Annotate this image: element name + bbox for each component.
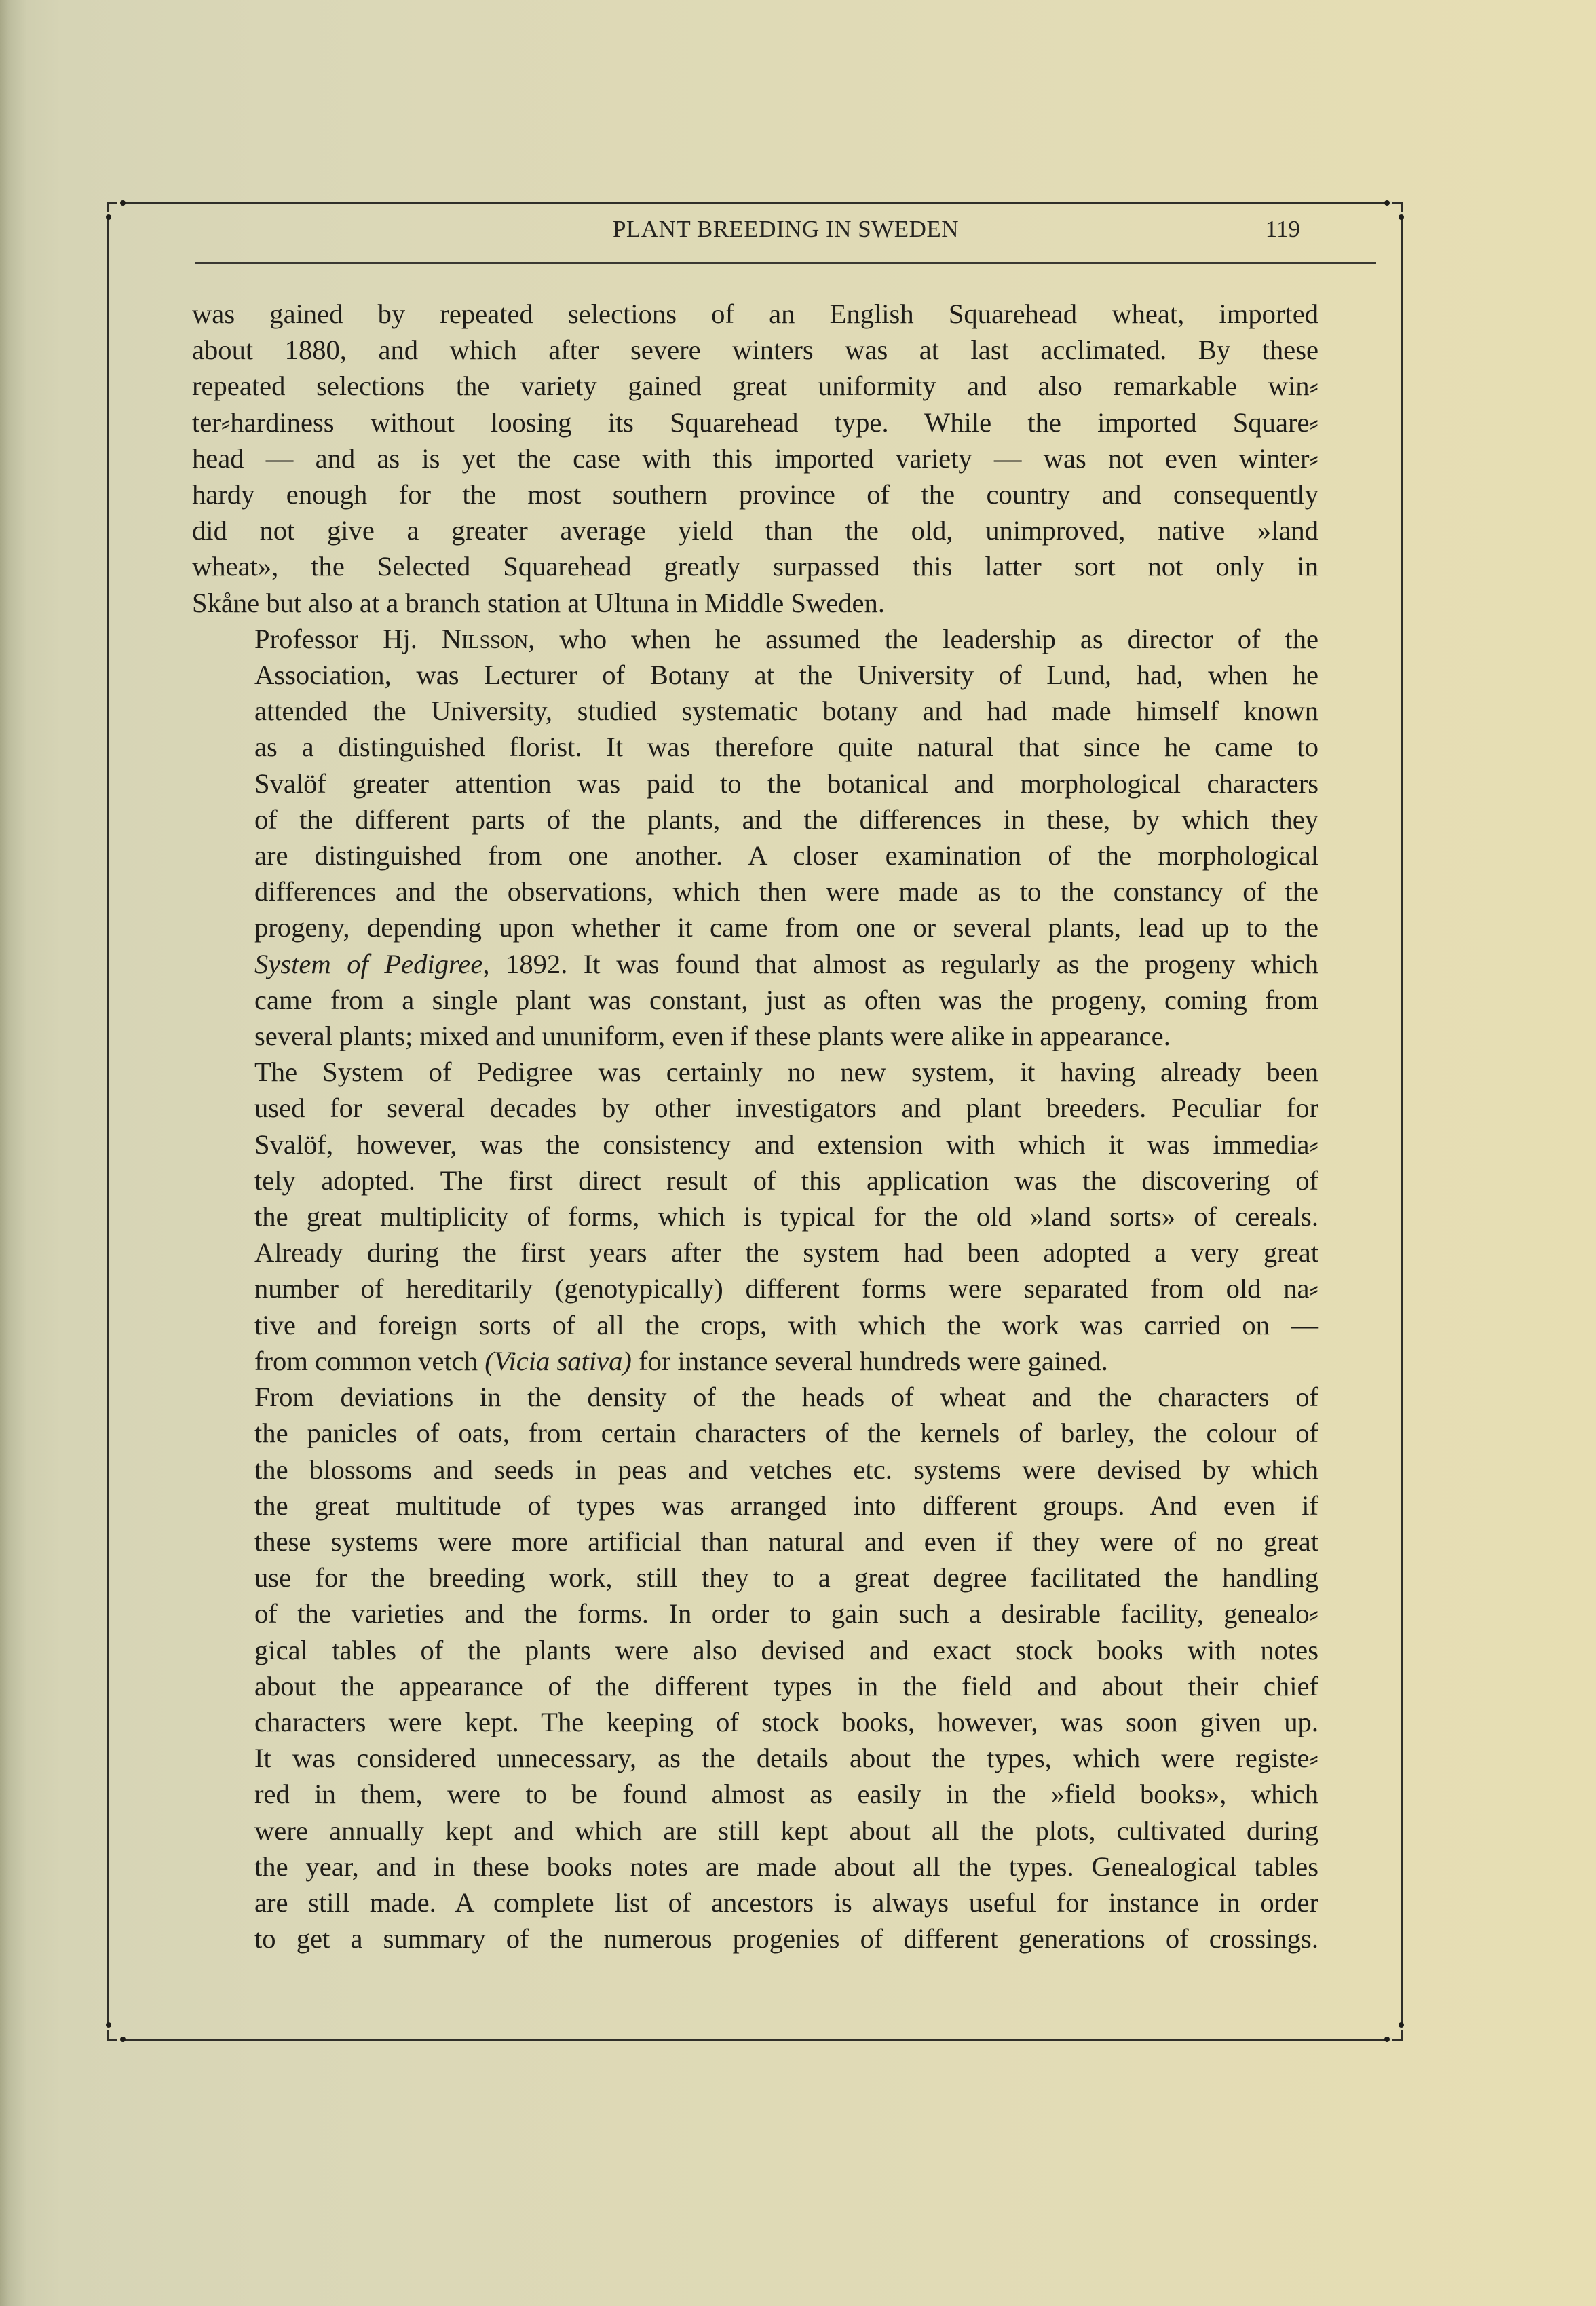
text-segment: tely adopted. The first direct result of… [254, 1165, 1318, 1196]
text-segment: for instance several hundreds were gaine… [632, 1346, 1108, 1376]
text-segment: From deviations in the density of the he… [254, 1382, 1318, 1412]
text-line: It was considered unnecessary, as the de… [192, 1740, 1318, 1776]
text-line: progeny, depending upon whether it came … [192, 909, 1318, 945]
frame-corner-ornament [120, 2037, 126, 2042]
text-line: The System of Pedigree was certainly no … [192, 1054, 1318, 1090]
text-line: came from a single plant was constant, j… [192, 982, 1318, 1018]
text-segment: the year, and in these books notes are m… [254, 1851, 1318, 1882]
italic-text: System of Pedigree [254, 949, 482, 979]
text-line: the year, and in these books notes are m… [192, 1849, 1318, 1885]
text-segment: are still made. A complete list of ances… [254, 1887, 1318, 1918]
text-segment: Skåne but also at a branch station at Ul… [192, 588, 885, 618]
text-line: was gained by repeated selections of an … [192, 296, 1318, 332]
frame-corner-ornament [1399, 2022, 1404, 2028]
text-line: about 1880, and which after severe winte… [192, 332, 1318, 368]
text-line: ter⸗hardiness without loosing its Square… [192, 404, 1318, 440]
text-line: did not give a greater average yield tha… [192, 512, 1318, 548]
text-line: are still made. A complete list of ances… [192, 1885, 1318, 1921]
text-line: wheat», the Selected Squarehead greatly … [192, 548, 1318, 584]
text-segment: from common vetch [254, 1346, 484, 1376]
text-segment: the panicles of oats, from certain chara… [254, 1418, 1318, 1448]
text-line: characters were kept. The keeping of sto… [192, 1704, 1318, 1740]
italic-text: (Vicia sativa) [484, 1346, 632, 1376]
frame-corner-ornament [106, 214, 111, 220]
text-line: repeated selections the variety gained g… [192, 368, 1318, 404]
text-segment: of the varieties and the forms. In order… [254, 1598, 1318, 1629]
text-segment: the blossoms and seeds in peas and vetch… [254, 1454, 1318, 1485]
text-line: of the varieties and the forms. In order… [192, 1595, 1318, 1631]
text-line: Professor Hj. Nilsson, who when he assum… [192, 621, 1318, 657]
text-line: hardy enough for the most southern provi… [192, 476, 1318, 512]
text-segment: of the different parts of the plants, an… [254, 804, 1318, 835]
text-line: these systems were more artificial than … [192, 1524, 1318, 1560]
text-segment: came from a single plant was constant, j… [254, 985, 1318, 1015]
text-segment: Svalöf, however, was the consistency and… [254, 1129, 1318, 1160]
header-rule [195, 262, 1376, 264]
text-segment: red in them, were to be found almost as … [254, 1779, 1318, 1809]
text-segment: was gained by repeated selections of an … [192, 299, 1318, 329]
text-line: tely adopted. The first direct result of… [192, 1163, 1318, 1198]
text-line: are distinguished from one another. A cl… [192, 837, 1318, 873]
text-segment: gical tables of the plants were also dev… [254, 1635, 1318, 1665]
text-segment: , 1892. It was found that almost as regu… [482, 949, 1318, 979]
text-segment: the great multiplicity of forms, which i… [254, 1201, 1318, 1232]
text-line: from common vetch (Vicia sativa) for ins… [192, 1343, 1318, 1379]
page-number: 119 [1266, 216, 1300, 243]
text-segment: differences and the observations, which … [254, 876, 1318, 907]
paragraph: The System of Pedigree was certainly no … [192, 1054, 1318, 1379]
text-line: several plants; mixed and ununiform, eve… [192, 1018, 1318, 1054]
body-text: was gained by repeated selections of an … [192, 296, 1318, 1957]
text-segment: these systems were more artificial than … [254, 1526, 1318, 1557]
text-line: about the appearance of the different ty… [192, 1668, 1318, 1704]
text-segment: Professor Hj. [254, 624, 442, 654]
text-line: tive and foreign sorts of all the crops,… [192, 1307, 1318, 1343]
text-line: head — and as is yet the case with this … [192, 440, 1318, 476]
text-segment: The System of Pedigree was certainly no … [254, 1057, 1318, 1087]
text-line: Association, was Lecturer of Botany at t… [192, 657, 1318, 693]
text-segment: use for the breeding work, still they to… [254, 1562, 1318, 1593]
text-line: Svalöf greater attention was paid to the… [192, 765, 1318, 801]
text-segment: used for several decades by other invest… [254, 1093, 1318, 1123]
text-line: as a distinguished florist. It was there… [192, 729, 1318, 765]
text-line: Skåne but also at a branch station at Ul… [192, 585, 1318, 621]
text-line: the great multitude of types was arrange… [192, 1488, 1318, 1524]
paragraph: was gained by repeated selections of an … [192, 296, 1318, 621]
text-segment: several plants; mixed and ununiform, eve… [254, 1021, 1171, 1051]
text-line: number of hereditarily (genotypically) d… [192, 1270, 1318, 1306]
text-line: the great multiplicity of forms, which i… [192, 1198, 1318, 1234]
text-line: Already during the first years after the… [192, 1234, 1318, 1270]
text-line: System of Pedigree, 1892. It was found t… [192, 946, 1318, 982]
text-segment: are distinguished from one another. A cl… [254, 840, 1318, 871]
text-line: used for several decades by other invest… [192, 1090, 1318, 1126]
text-segment: number of hereditarily (genotypically) d… [254, 1273, 1318, 1304]
text-line: of the different parts of the plants, an… [192, 801, 1318, 837]
text-segment: tive and foreign sorts of all the crops,… [254, 1310, 1318, 1340]
text-segment: It was considered unnecessary, as the de… [254, 1743, 1318, 1773]
text-segment: head — and as is yet the case with this … [192, 443, 1318, 474]
text-line: red in them, were to be found almost as … [192, 1776, 1318, 1812]
text-segment: progeny, depending upon whether it came … [254, 912, 1318, 943]
text-line: the blossoms and seeds in peas and vetch… [192, 1452, 1318, 1488]
text-segment: hardy enough for the most southern provi… [192, 479, 1318, 510]
text-segment: ter⸗hardiness without loosing its Square… [192, 407, 1318, 438]
paragraph: Professor Hj. Nilsson, who when he assum… [192, 621, 1318, 1054]
text-line: the panicles of oats, from certain chara… [192, 1415, 1318, 1451]
frame-corner-ornament [1399, 214, 1404, 220]
running-title: PLANT BREEDING IN SWEDEN [195, 216, 1376, 243]
text-line: to get a summary of the numerous progeni… [192, 1921, 1318, 1957]
text-segment: to get a summary of the numerous progeni… [254, 1923, 1318, 1954]
text-segment: about 1880, and which after severe winte… [192, 335, 1318, 365]
frame-corner-ornament [1384, 200, 1390, 206]
text-line: gical tables of the plants were also dev… [192, 1632, 1318, 1668]
text-line: were annually kept and which are still k… [192, 1813, 1318, 1849]
text-segment: Already during the first years after the… [254, 1237, 1318, 1268]
text-segment: characters were kept. The keeping of sto… [254, 1707, 1318, 1737]
text-segment: did not give a greater average yield tha… [192, 515, 1318, 546]
text-line: attended the University, studied systema… [192, 693, 1318, 729]
text-segment: the great multitude of types was arrange… [254, 1490, 1318, 1521]
frame-corner-ornament [1384, 2037, 1390, 2042]
text-line: differences and the observations, which … [192, 873, 1318, 909]
frame-corner-ornament [106, 2022, 111, 2028]
text-segment: repeated selections the variety gained g… [192, 371, 1318, 401]
text-segment: Association, was Lecturer of Botany at t… [254, 660, 1318, 690]
frame-corner-ornament [120, 200, 126, 206]
text-line: use for the breeding work, still they to… [192, 1560, 1318, 1595]
text-segment: wheat», the Selected Squarehead greatly … [192, 551, 1318, 582]
text-line: From deviations in the density of the he… [192, 1379, 1318, 1415]
paragraph: From deviations in the density of the he… [192, 1379, 1318, 1957]
text-line: Svalöf, however, was the consistency and… [192, 1127, 1318, 1163]
text-segment: attended the University, studied systema… [254, 696, 1318, 726]
text-segment: as a distinguished florist. It was there… [254, 732, 1318, 762]
running-header: PLANT BREEDING IN SWEDEN 119 [195, 216, 1376, 250]
text-segment: about the appearance of the different ty… [254, 1671, 1318, 1701]
text-segment: were annually kept and which are still k… [254, 1815, 1318, 1846]
smallcaps-name: Nilsson [442, 624, 528, 654]
text-segment: Svalöf greater attention was paid to the… [254, 768, 1318, 799]
text-segment: , who when he assumed the leadership as … [528, 624, 1318, 654]
